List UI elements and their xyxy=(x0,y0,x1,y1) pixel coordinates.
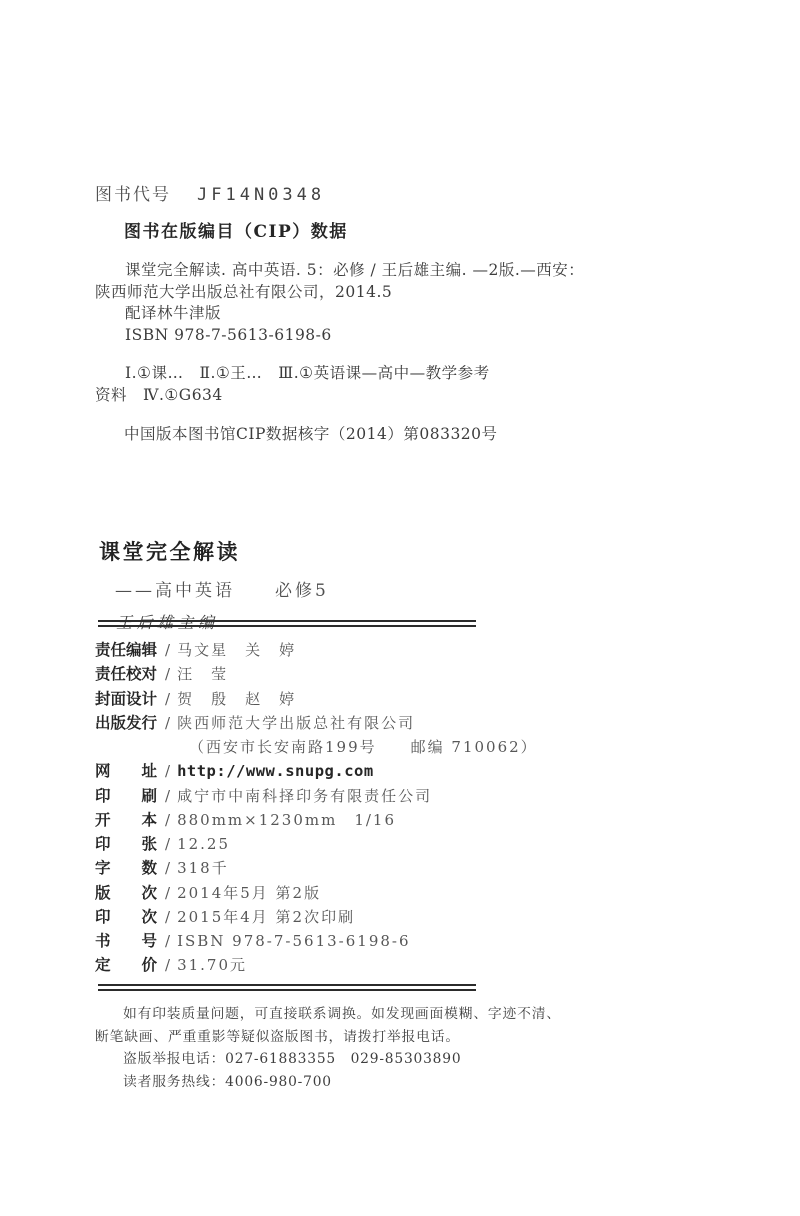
colophon-row: 字 数/318千 xyxy=(95,856,538,880)
row-separator: / xyxy=(165,811,170,829)
publisher-url: http://www.snupg.com xyxy=(177,762,374,780)
cip-classification: Ⅰ.①课… Ⅱ.①王… Ⅲ.①英语课—高中—教学参考 资料 Ⅳ.①G634 xyxy=(95,362,490,406)
colophon-row: 印 张/12.25 xyxy=(95,832,538,856)
row-value: 2015年4月 第2次印刷 xyxy=(177,908,355,926)
notice-line: 如有印装质量问题，可直接联系调换。如发现画面模糊、字迹不清、 xyxy=(95,1003,561,1026)
copyright-page: 图书代号JF14N0348 图书在版编目（CIP）数据 课堂完全解读. 高中英语… xyxy=(0,0,800,1216)
colophon-row-address: （西安市长安南路199号 邮编 710062） xyxy=(95,735,538,759)
classification-line: Ⅰ.①课… Ⅱ.①王… Ⅲ.①英语课—高中—教学参考 xyxy=(95,362,490,384)
row-value: 汪 莹 xyxy=(177,665,228,683)
row-separator: / xyxy=(165,787,170,805)
row-label: 字 数 xyxy=(95,856,165,880)
row-value: 318千 xyxy=(177,859,229,877)
title-block: 课堂完全解读 ——高中英语 必修5 王后雄主编 xyxy=(99,536,329,633)
quality-notice: 如有印装质量问题，可直接联系调换。如发现画面模糊、字迹不清、 断笔缺画、严重重影… xyxy=(95,1003,561,1093)
cip-record-number: 中国版本图书馆CIP数据核字（2014）第083320号 xyxy=(124,422,498,444)
row-label: 印 次 xyxy=(95,905,165,929)
piracy-hotline: 盗版举报电话：027-61883355 029-85303890 xyxy=(95,1048,561,1071)
colophon-table: 责任编辑/马文星 关 婷 责任校对/汪 莹 封面设计/贺 殷 赵 婷 出版发行/… xyxy=(95,638,538,978)
colophon-row-website: 网 址/http://www.snupg.com xyxy=(95,759,538,783)
cip-line: 陕西师范大学出版总社有限公司，2014.5 xyxy=(95,282,584,304)
row-value: 2014年5月 第2版 xyxy=(177,884,321,902)
colophon-row: 出版发行/陕西师范大学出版总社有限公司 xyxy=(95,711,538,735)
row-separator: / xyxy=(165,762,170,780)
book-code-label: 图书代号 xyxy=(95,185,171,205)
cip-heading: 图书在版编目（CIP）数据 xyxy=(124,217,348,242)
row-label: 印 刷 xyxy=(95,784,165,808)
book-title: 课堂完全解读 xyxy=(99,536,329,566)
colophon-row: 印 刷/咸宁市中南科择印务有限责任公司 xyxy=(95,784,538,808)
row-value: 咸宁市中南科择印务有限责任公司 xyxy=(177,787,432,805)
row-separator: / xyxy=(165,714,170,732)
row-separator: / xyxy=(165,908,170,926)
row-label: 责任编辑 xyxy=(95,638,165,662)
colophon-row: 定 价/31.70元 xyxy=(95,953,538,977)
row-separator: / xyxy=(165,884,170,902)
row-label: 网 址 xyxy=(95,759,165,783)
cip-isbn-line: ISBN 978-7-5613-6198-6 xyxy=(95,325,584,347)
book-code-line: 图书代号JF14N0348 xyxy=(95,180,325,205)
colophon-row: 责任编辑/马文星 关 婷 xyxy=(95,638,538,662)
book-isbn: ISBN 978-7-5613-6198-6 xyxy=(177,932,410,950)
book-subtitle: ——高中英语 必修5 xyxy=(115,576,329,601)
notice-line: 断笔缺画、严重重影等疑似盗版图书，请拨打举报电话。 xyxy=(95,1026,561,1049)
row-label: 定 价 xyxy=(95,953,165,977)
row-label: 版 次 xyxy=(95,881,165,905)
row-separator: / xyxy=(165,690,170,708)
row-label: 印 张 xyxy=(95,832,165,856)
row-separator: / xyxy=(165,665,170,683)
row-value: 12.25 xyxy=(177,835,230,853)
row-separator: / xyxy=(165,835,170,853)
colophon-row: 封面设计/贺 殷 赵 婷 xyxy=(95,687,538,711)
book-price: 31.70元 xyxy=(177,956,247,974)
cip-line: 课堂完全解读. 高中英语. 5：必修 / 王后雄主编. —2版.—西安： xyxy=(95,260,584,282)
row-label: 出版发行 xyxy=(95,711,165,735)
row-separator: / xyxy=(165,956,170,974)
colophon-row: 开 本/880mm×1230mm 1/16 xyxy=(95,808,538,832)
row-label: 封面设计 xyxy=(95,687,165,711)
double-rule-top xyxy=(98,620,476,627)
cip-line: 配译林牛津版 xyxy=(95,303,584,325)
row-separator: / xyxy=(165,641,170,659)
classification-line: 资料 Ⅳ.①G634 xyxy=(95,384,490,406)
reader-service-hotline: 读者服务热线：4006-980-700 xyxy=(95,1071,561,1094)
row-value: 贺 殷 赵 婷 xyxy=(177,690,296,708)
row-value: 陕西师范大学出版总社有限公司 xyxy=(177,714,415,732)
colophon-row: 印 次/2015年4月 第2次印刷 xyxy=(95,905,538,929)
row-separator: / xyxy=(165,932,170,950)
row-label: 书 号 xyxy=(95,929,165,953)
publisher-address: （西安市长安南路199号 邮编 710062） xyxy=(189,738,538,756)
row-separator: / xyxy=(165,859,170,877)
colophon-row: 责任校对/汪 莹 xyxy=(95,662,538,686)
colophon-row: 版 次/2014年5月 第2版 xyxy=(95,881,538,905)
row-value: 马文星 关 婷 xyxy=(177,641,296,659)
colophon-row: 书 号/ISBN 978-7-5613-6198-6 xyxy=(95,929,538,953)
cip-record: 课堂完全解读. 高中英语. 5：必修 / 王后雄主编. —2版.—西安： 陕西师… xyxy=(95,260,584,346)
row-value: 880mm×1230mm 1/16 xyxy=(177,811,396,829)
row-label: 责任校对 xyxy=(95,662,165,686)
row-label: 开 本 xyxy=(95,808,165,832)
book-code-value: JF14N0348 xyxy=(197,185,325,205)
double-rule-bottom xyxy=(98,984,476,991)
